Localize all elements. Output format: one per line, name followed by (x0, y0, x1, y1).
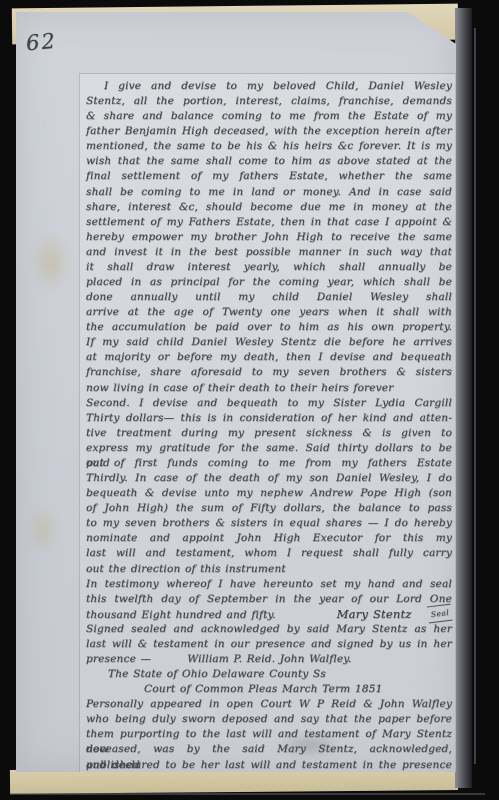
manuscript-line: the accumulation be paid over to him as … (86, 320, 452, 335)
manuscript-line: final settlement of my fathers Estate, w… (86, 169, 452, 184)
manuscript-line: last will & testament in our presence an… (86, 637, 452, 652)
witness-line: presence — William P. Reid. John Walfley… (86, 652, 452, 667)
manuscript-line: express my gratitude for the same. Said … (86, 441, 452, 456)
manuscript-line: done annually until my child Daniel Wesl… (86, 290, 452, 305)
will-document-sheet: I give and devise to my beloved Child, D… (79, 73, 456, 773)
manuscript-text: I give and devise to my beloved Child, D… (86, 79, 452, 773)
manuscript-line: mentioned, the same to be his & his heir… (86, 139, 452, 154)
paper-stain (30, 230, 72, 294)
manuscript-line: bequeath & devise unto my nephew Andrew … (86, 486, 452, 501)
frame-gloss-right (474, 28, 476, 764)
manuscript-line: and invest it in the best possible manne… (86, 245, 452, 260)
manuscript-line: Signed sealed and acknowledged by said M… (86, 622, 452, 637)
manuscript-line: this twelfth day of September in the yea… (86, 592, 452, 607)
manuscript-line: it shall draw interest yearly, which sha… (86, 260, 452, 275)
ledger-sheet: 62 I give and devise to my beloved Child… (16, 12, 456, 772)
page-number: 62 (25, 29, 58, 56)
frame-gloss-bottom (10, 793, 485, 795)
manuscript-line: arrive at the age of Twenty one years wh… (86, 305, 452, 320)
signature-line: thousand Eight hundred and fifty. Mary S… (86, 607, 452, 622)
seal-mark: Seal (426, 603, 452, 623)
manuscript-line: nominate and appoint John High Executor … (86, 531, 452, 546)
book-edge-shadow (455, 8, 472, 788)
manuscript-line: Personally appeared in open Court W P Re… (86, 697, 452, 712)
manuscript-line: of John High) the sum of Fifty dollars, … (86, 501, 452, 516)
manuscript-line: wish that the same shall come to him as … (86, 154, 452, 169)
manuscript-line: share, interest &c, should become due me… (86, 200, 452, 215)
manuscript-line: out the direction of this instrument (86, 562, 452, 577)
manuscript-line: Thirdly. In case of the death of my son … (86, 471, 452, 486)
manuscript-line: tive treatment during my present sicknes… (86, 426, 452, 441)
photographed-ledger-page: 62 I give and devise to my beloved Child… (0, 0, 499, 800)
manuscript-line: Stentz, all the portion, interest, claim… (86, 94, 452, 109)
manuscript-line: settlement of my Fathers Estate, then in… (86, 215, 452, 230)
manuscript-line: hereby empower my brother John High to r… (86, 230, 452, 245)
manuscript-line: now living in case of their death to the… (86, 381, 452, 396)
manuscript-line: shall be coming to me in land or money. … (86, 185, 452, 200)
manuscript-line: at majority or before my death, then I d… (86, 350, 452, 365)
manuscript-line: & share and balance coming to me from th… (86, 109, 452, 124)
manuscript-line: Second. I devise and bequeath to my Sist… (86, 396, 452, 411)
manuscript-line: out of first funds coming to me from my … (86, 456, 452, 471)
manuscript-line: and declared to be her last will and tes… (86, 758, 452, 773)
signature-line-text: thousand Eight hundred and fifty. (86, 608, 276, 623)
witness-names: William P. Reid. John Walfley. (187, 652, 351, 667)
manuscript-line: placed in as principal for the coming ye… (86, 275, 452, 290)
manuscript-line: Thirty dollars— this is in consideration… (86, 411, 452, 426)
testator-signature: Mary Stentz (337, 607, 412, 622)
paper-stain (26, 504, 60, 556)
manuscript-line: them purporting to the last will and tes… (86, 727, 452, 742)
manuscript-line: last will and testament, whom I request … (86, 546, 452, 561)
probate-court-line: Court of Common Pleas March Term 1851 (144, 682, 452, 697)
probate-caption: The State of Ohio Delaware County Ss (108, 667, 452, 682)
manuscript-line: who being duly sworn deposed and say tha… (86, 712, 452, 727)
manuscript-line: to my seven brothers & sisters in equal … (86, 516, 452, 531)
manuscript-line: In testimony whereof I have hereunto set… (86, 577, 452, 592)
manuscript-line: If my said child Daniel Wesley Stentz di… (86, 335, 452, 350)
manuscript-line: franchise, share aforesaid to my seven b… (86, 365, 452, 380)
witness-line-text: presence — (86, 652, 151, 667)
manuscript-line: father Benjamin High deceased, with the … (86, 124, 452, 139)
manuscript-line: deceased, was by the said Mary Stentz, a… (86, 742, 452, 757)
manuscript-line: I give and devise to my beloved Child, D… (104, 79, 452, 94)
